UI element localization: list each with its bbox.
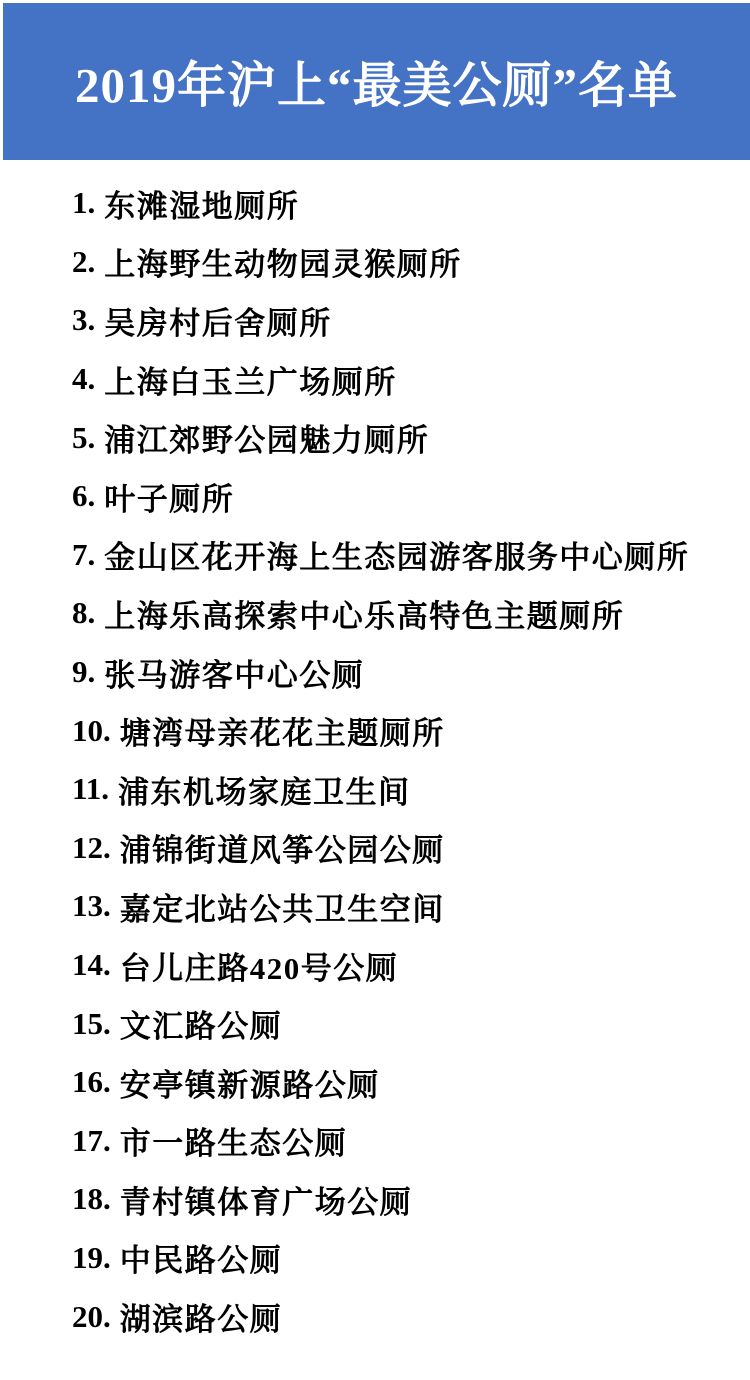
list-item: 9. 张马游客中心公厕	[72, 643, 750, 702]
item-name: 青村镇体育广场公厕	[120, 1177, 413, 1222]
item-number: 16.	[72, 1064, 111, 1100]
list-item: 5. 浦江郊野公园魅力厕所	[72, 408, 750, 467]
page-title: 2019年沪上“最美公厕”名单	[75, 47, 678, 117]
list-item: 19. 中民路公厕	[72, 1229, 750, 1288]
item-number: 7.	[72, 537, 95, 573]
item-name: 浦锦街道风筝公园公厕	[120, 825, 445, 870]
list-item: 16. 安亭镇新源路公厕	[72, 1053, 750, 1112]
list-item: 10. 塘湾母亲花花主题厕所	[72, 701, 750, 760]
toilet-list: 1. 东滩湿地厕所 2. 上海野生动物园灵猴厕所 3. 吴房村后舍厕所 4. 上…	[72, 160, 750, 1346]
item-number: 20.	[72, 1299, 111, 1335]
list-item: 2. 上海野生动物园灵猴厕所	[72, 233, 750, 292]
item-number: 17.	[72, 1123, 111, 1159]
item-number: 9.	[72, 654, 95, 690]
item-number: 15.	[72, 1006, 111, 1042]
item-name: 市一路生态公厕	[120, 1118, 348, 1163]
list-item: 8. 上海乐高探索中心乐高特色主题厕所	[72, 584, 750, 643]
list-item: 3. 吴房村后舍厕所	[72, 291, 750, 350]
item-name: 塘湾母亲花花主题厕所	[120, 708, 445, 753]
item-number: 14.	[72, 947, 111, 983]
list-item: 13. 嘉定北站公共卫生空间	[72, 877, 750, 936]
item-name: 上海野生动物园灵猴厕所	[104, 239, 462, 284]
item-name: 张马游客中心公厕	[104, 650, 364, 695]
item-name: 湖滨路公厕	[120, 1294, 283, 1339]
item-name: 安亭镇新源路公厕	[120, 1060, 380, 1105]
item-number: 19.	[72, 1240, 111, 1276]
item-name: 浦东机场家庭卫生间	[118, 767, 411, 812]
list-item: 7. 金山区花开海上生态园游客服务中心厕所	[72, 526, 750, 585]
list-item: 12. 浦锦街道风筝公园公厕	[72, 819, 750, 878]
item-number: 4.	[72, 361, 95, 397]
list-item: 4. 上海白玉兰广场厕所	[72, 350, 750, 409]
title-banner: 2019年沪上“最美公厕”名单	[3, 3, 750, 160]
item-name: 中民路公厕	[120, 1235, 283, 1280]
item-name: 金山区花开海上生态园游客服务中心厕所	[104, 532, 689, 577]
item-name: 上海乐高探索中心乐高特色主题厕所	[104, 591, 624, 636]
list-item: 1. 东滩湿地厕所	[72, 174, 750, 233]
item-name: 浦江郊野公园魅力厕所	[104, 415, 429, 460]
item-number: 11.	[72, 771, 109, 807]
item-number: 10.	[72, 713, 111, 749]
item-name: 东滩湿地厕所	[104, 181, 299, 226]
list-item: 20. 湖滨路公厕	[72, 1287, 750, 1346]
list-item: 15. 文汇路公厕	[72, 994, 750, 1053]
list-item: 17. 市一路生态公厕	[72, 1112, 750, 1171]
list-item: 18. 青村镇体育广场公厕	[72, 1170, 750, 1229]
item-number: 5.	[72, 420, 95, 456]
item-number: 6.	[72, 478, 95, 514]
page: { "header": { "title": "2019年沪上“最美公厕”名单"…	[0, 0, 750, 1380]
item-number: 2.	[72, 244, 95, 280]
list-item: 11. 浦东机场家庭卫生间	[72, 760, 750, 819]
item-name: 文汇路公厕	[120, 1001, 283, 1046]
list-item: 6. 叶子厕所	[72, 467, 750, 526]
item-number: 12.	[72, 830, 111, 866]
item-number: 8.	[72, 595, 95, 631]
item-number: 1.	[72, 185, 95, 221]
item-name: 上海白玉兰广场厕所	[104, 357, 397, 402]
item-number: 13.	[72, 888, 111, 924]
item-name: 嘉定北站公共卫生空间	[120, 884, 445, 929]
item-name: 吴房村后舍厕所	[104, 298, 332, 343]
item-name: 叶子厕所	[104, 474, 234, 519]
item-number: 3.	[72, 302, 95, 338]
item-number: 18.	[72, 1181, 111, 1217]
list-item: 14. 台儿庄路420号公厕	[72, 936, 750, 995]
item-name: 台儿庄路420号公厕	[120, 943, 399, 988]
